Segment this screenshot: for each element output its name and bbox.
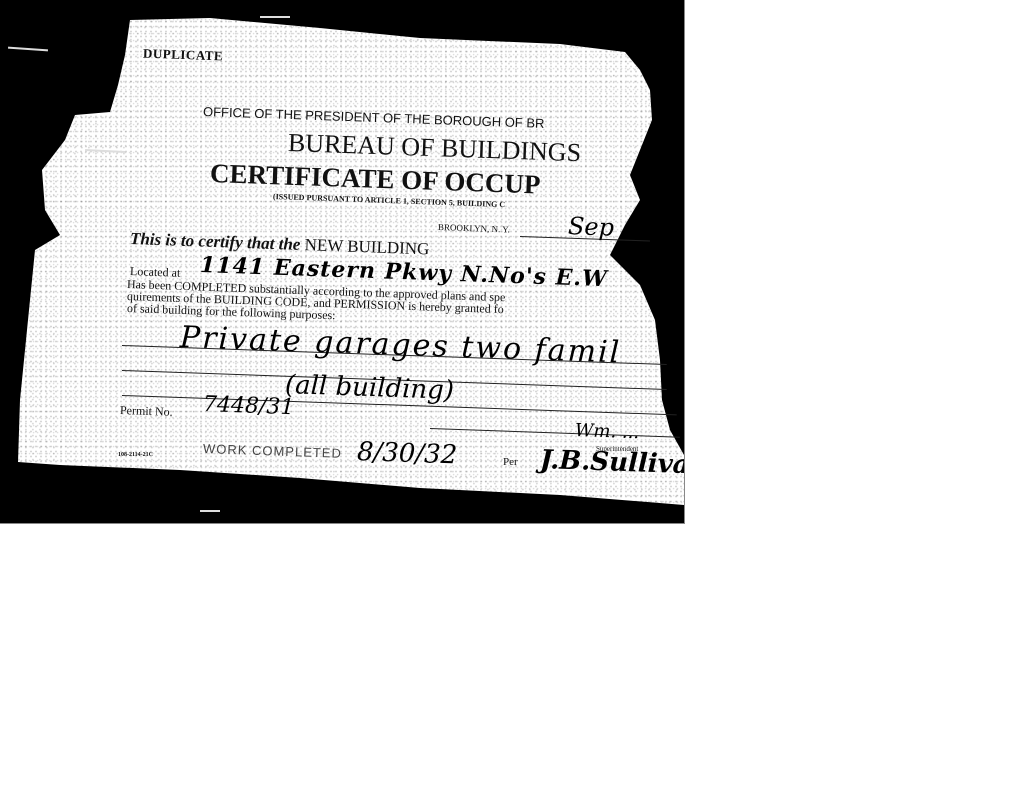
handwritten-purpose-line-2: (all building) bbox=[284, 370, 454, 406]
signature-upper: Wm. ... bbox=[575, 420, 640, 443]
form-number: 108-2114-21C bbox=[118, 452, 153, 458]
scan-artifact bbox=[8, 47, 48, 52]
handwritten-date: Sep bbox=[568, 212, 615, 242]
permit-number: 7448/31 bbox=[203, 392, 295, 420]
work-completed-date: 8/30/32 bbox=[356, 437, 457, 470]
per-label: Per bbox=[503, 456, 518, 468]
duplicate-stamp: DUPLICATE bbox=[143, 46, 224, 65]
scan-artifact bbox=[260, 16, 290, 18]
scan-artifact bbox=[200, 510, 220, 512]
permit-label: Permit No. bbox=[120, 403, 173, 420]
building-type: NEW BUILDING bbox=[304, 235, 429, 258]
signature-lower: J.B.Sullivan bbox=[539, 445, 685, 481]
scanned-document-image: DUPLICATE OFFICE OF THE PRESIDENT OF THE… bbox=[0, 0, 685, 524]
